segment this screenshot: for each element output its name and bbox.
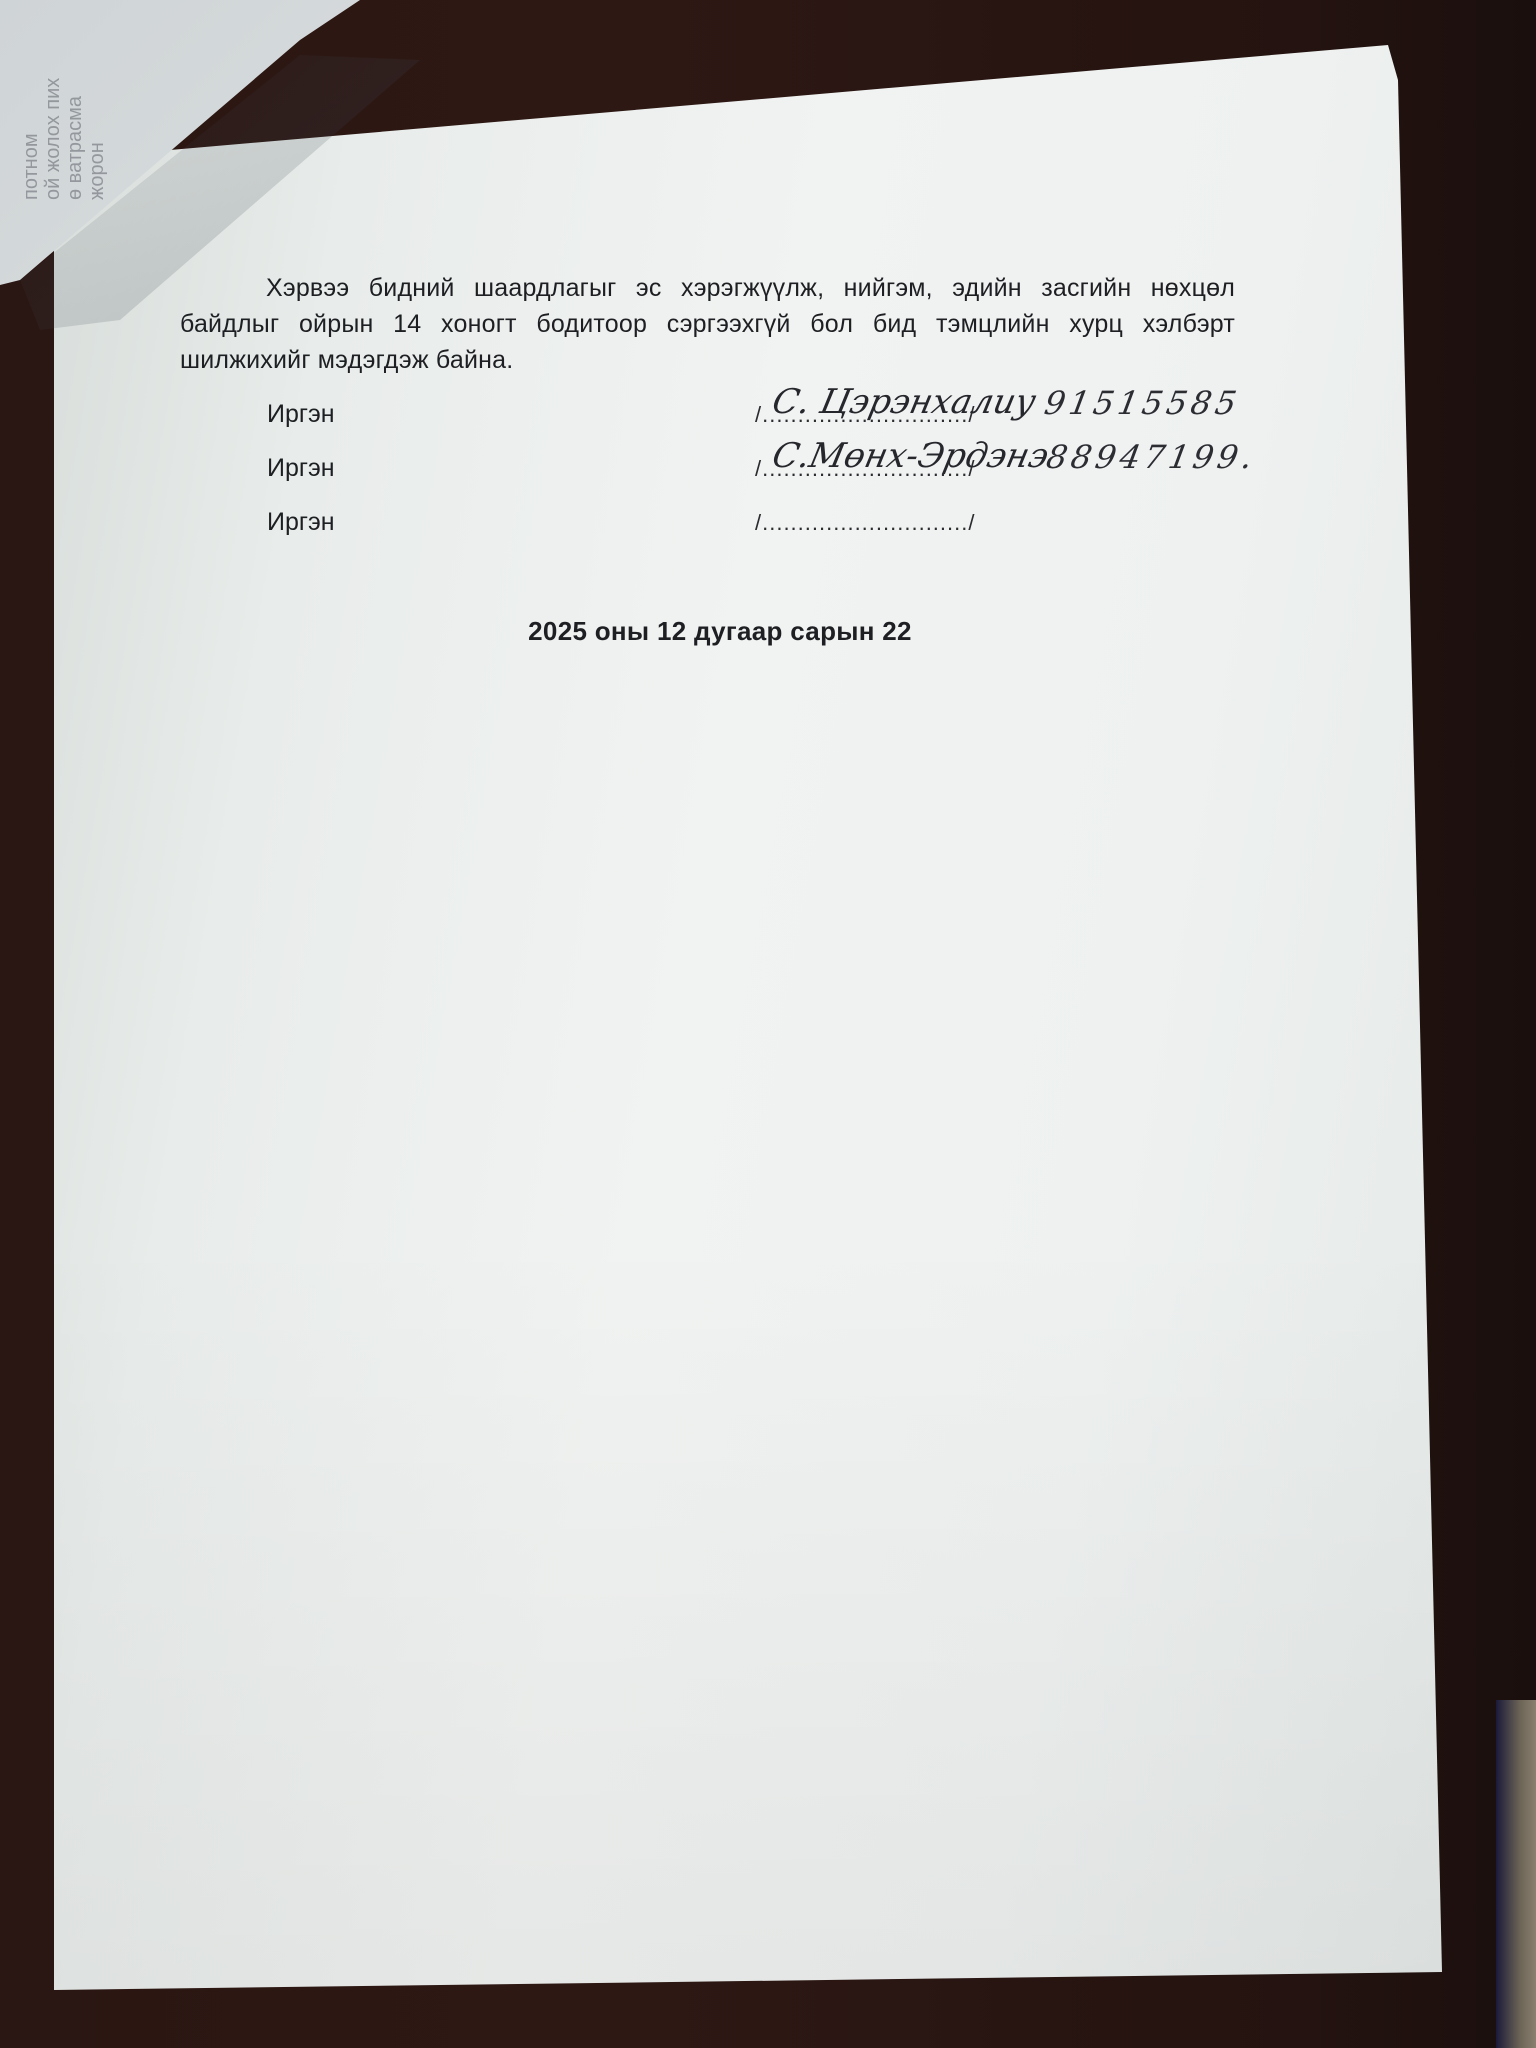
statement-paragraph: Хэрвээ бидний шаардлагыг эс хэрэгжүүлж, …: [180, 270, 1235, 378]
page-content: Хэрвээ бидний шаардлагыг эс хэрэгжүүлж, …: [0, 0, 1536, 2048]
document-date: 2025 оны 12 дугаар сарын 22: [0, 616, 1440, 647]
handwritten-signature: С. Цэрэнхалиу: [769, 382, 1040, 422]
signature-row: Иргэн /............................./ С.…: [267, 454, 1267, 494]
signature-line: /............................./: [755, 510, 975, 536]
citizen-label: Иргэн: [267, 454, 335, 483]
signature-row: Иргэн /............................./: [267, 508, 1267, 548]
handwritten-signature: С.Мөнх-Эрдэнэ: [769, 436, 1052, 476]
signature-row: Иргэн /............................./ С.…: [267, 400, 1267, 440]
citizen-label: Иргэн: [267, 400, 335, 429]
handwritten-phone: 91515585: [1042, 384, 1244, 422]
handwritten-phone: 88947199.: [1044, 438, 1260, 476]
citizen-label: Иргэн: [267, 508, 335, 537]
